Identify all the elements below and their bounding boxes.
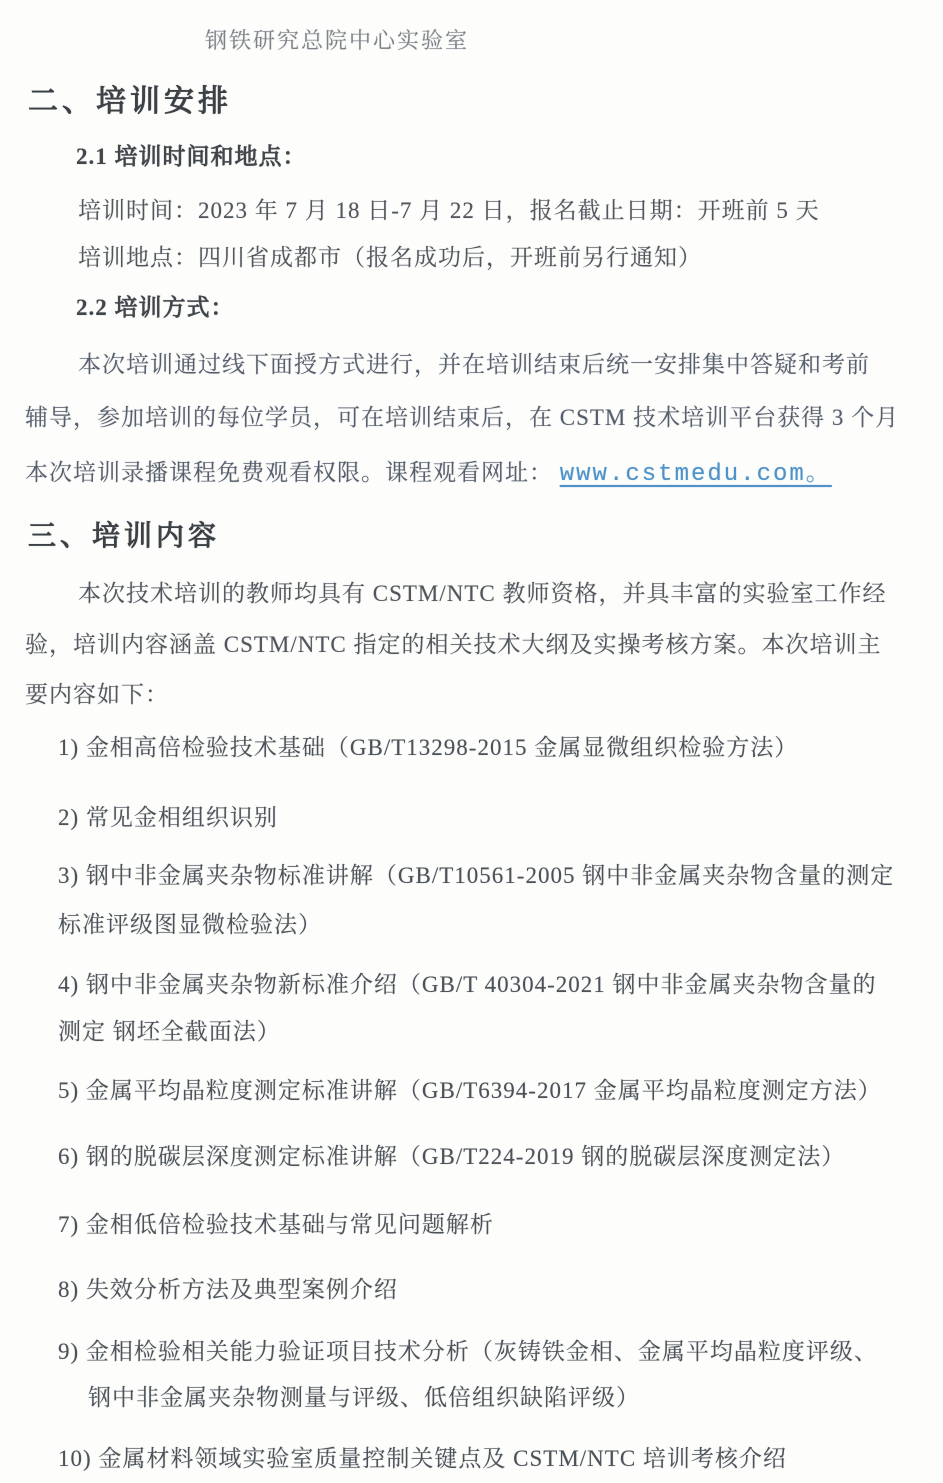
course-url-label: 本次培训录播课程免费观看权限。课程观看网址： — [25, 460, 553, 485]
training-place-line: 培训地点：四川省成都市（报名成功后，开班前另行通知） — [78, 239, 702, 272]
training-time-line: 培训时间：2023 年 7 月 18 日-7 月 22 日，报名截止日期：开班前… — [78, 192, 820, 225]
document-page: 钢铁研究总院中心实验室 二、培训安排 2.1 培训时间和地点： 培训时间：202… — [0, 0, 943, 1483]
content-item-10: 10) 金属材料领域实验室质量控制关键点及 CSTM/NTC 培训考核介绍 — [58, 1440, 787, 1473]
training-method-line-1: 本次培训通过线下面授方式进行，并在培训结束后统一安排集中答疑和考前 — [78, 346, 870, 379]
section-3-intro-line-3: 要内容如下： — [25, 676, 169, 709]
training-method-line-2: 辅导，参加培训的每位学员，可在培训结束后，在 CSTM 技术培训平台获得 3 个… — [25, 399, 899, 432]
content-item-6: 6) 钢的脱碳层深度测定标准讲解（GB/T224-2019 钢的脱碳层深度测定法… — [58, 1138, 845, 1171]
section-2-1-heading: 2.1 培训时间和地点： — [76, 138, 307, 171]
content-item-1: 1) 金相高倍检验技术基础（GB/T13298-2015 金属显微组织检验方法） — [58, 729, 798, 762]
training-method-line-3: 本次培训录播课程免费观看权限。课程观看网址： www.cstmedu.com。 — [25, 452, 832, 488]
content-item-3: 3) 钢中非金属夹杂物标准讲解（GB/T10561-2005 钢中非金属夹杂物含… — [58, 857, 894, 890]
section-2-2-heading: 2.2 培训方式： — [76, 289, 235, 322]
content-item-4: 4) 钢中非金属夹杂物新标准介绍（GB/T 40304-2021 钢中非金属夹杂… — [58, 966, 877, 999]
section-2-heading: 二、培训安排 — [28, 76, 232, 120]
section-3-heading: 三、培训内容 — [28, 514, 220, 554]
content-item-5: 5) 金属平均晶粒度测定标准讲解（GB/T6394-2017 金属平均晶粒度测定… — [58, 1072, 882, 1105]
content-item-3-line-2: 标准评级图显微检验法） — [58, 906, 322, 939]
doc-header: 钢铁研究总院中心实验室 — [205, 24, 469, 55]
content-item-9: 9) 金相检验相关能力验证项目技术分析（灰铸铁金相、金属平均晶粒度评级、 — [58, 1333, 878, 1366]
section-3-intro-line-2: 验，培训内容涵盖 CSTM/NTC 指定的相关技术大纲及实操考核方案。本次培训主 — [25, 626, 882, 659]
content-item-2: 2) 常见金相组织识别 — [58, 799, 278, 832]
content-item-7: 7) 金相低倍检验技术基础与常见问题解析 — [58, 1206, 494, 1239]
course-url-link[interactable]: www.cstmedu.com。 — [560, 461, 832, 488]
content-item-9-line-2: 钢中非金属夹杂物测量与评级、低倍组织缺陷评级） — [88, 1379, 640, 1412]
content-item-8: 8) 失效分析方法及典型案例介绍 — [58, 1271, 398, 1304]
content-item-4-line-2: 测定 钢坯全截面法） — [58, 1013, 281, 1046]
section-3-intro-line-1: 本次技术培训的教师均具有 CSTM/NTC 教师资格，并具丰富的实验室工作经 — [78, 575, 887, 608]
